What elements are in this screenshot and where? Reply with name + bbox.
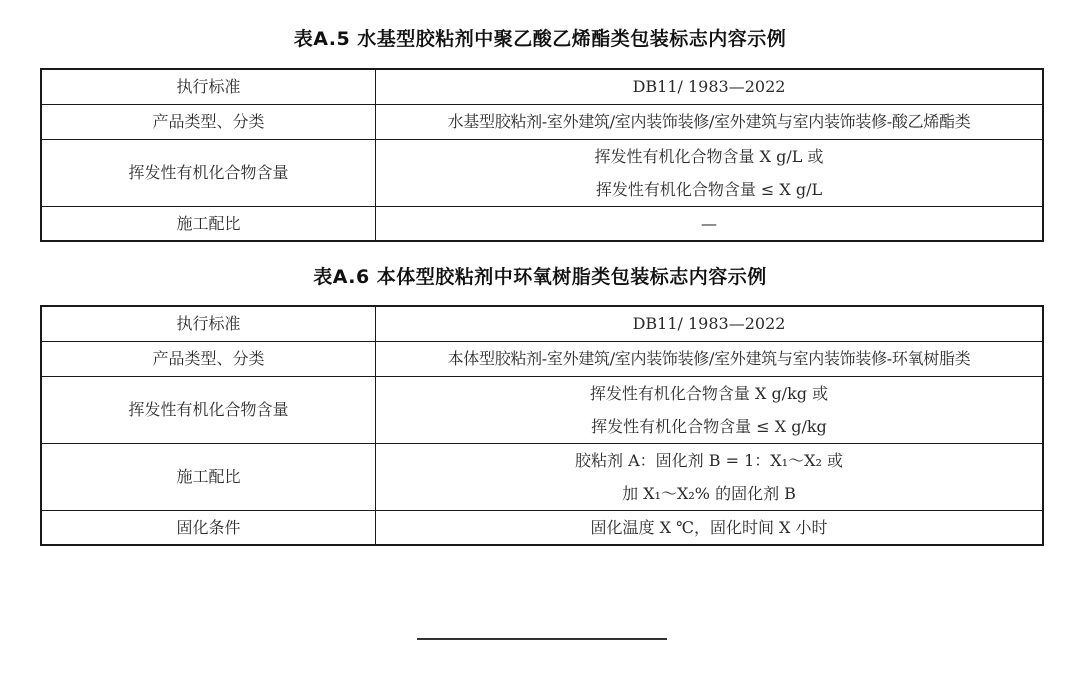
- row-label: 产品类型、分类: [41, 104, 376, 139]
- table-row: 执行标准 DB11/ 1983—2022: [41, 306, 1043, 341]
- value-line: 挥发性有机化合物含量 ≤ X g/L: [376, 173, 1042, 206]
- value-line: 挥发性有机化合物含量 X g/kg 或: [376, 377, 1042, 410]
- row-label: 固化条件: [41, 510, 376, 545]
- table-row: 挥发性有机化合物含量 挥发性有机化合物含量 X g/L 或 挥发性有机化合物含量…: [41, 139, 1043, 206]
- value-line: 胶粘剂 A：固化剂 B = 1：X₁～X₂ 或: [376, 444, 1042, 477]
- table-row: 执行标准 DB11/ 1983—2022: [41, 69, 1043, 104]
- row-label: 执行标准: [41, 69, 376, 104]
- row-value: 本体型胶粘剂-室外建筑/室内装饰装修/室外建筑与室内装饰装修-环氧树脂类: [376, 341, 1044, 376]
- row-value: 胶粘剂 A：固化剂 B = 1：X₁～X₂ 或 加 X₁～X₂% 的固化剂 B: [376, 443, 1044, 510]
- table-row: 产品类型、分类 水基型胶粘剂-室外建筑/室内装饰装修/室外建筑与室内装饰装修-酸…: [41, 104, 1043, 139]
- row-value: DB11/ 1983—2022: [376, 306, 1044, 341]
- row-label: 挥发性有机化合物含量: [41, 376, 376, 443]
- value-line: 挥发性有机化合物含量 X g/L 或: [376, 140, 1042, 173]
- row-label: 施工配比: [41, 206, 376, 241]
- row-value: 挥发性有机化合物含量 X g/kg 或 挥发性有机化合物含量 ≤ X g/kg: [376, 376, 1044, 443]
- table-row: 施工配比 胶粘剂 A：固化剂 B = 1：X₁～X₂ 或 加 X₁～X₂% 的固…: [41, 443, 1043, 510]
- table-row: 挥发性有机化合物含量 挥发性有机化合物含量 X g/kg 或 挥发性有机化合物含…: [41, 376, 1043, 443]
- table-row: 固化条件 固化温度 X ℃，固化时间 X 小时: [41, 510, 1043, 545]
- row-label: 产品类型、分类: [41, 341, 376, 376]
- table-a5: 执行标准 DB11/ 1983—2022 产品类型、分类 水基型胶粘剂-室外建筑…: [40, 68, 1044, 242]
- end-of-section-rule: [417, 638, 667, 640]
- row-label: 执行标准: [41, 306, 376, 341]
- table-a5-caption: 表A.5 水基型胶粘剂中聚乙酸乙烯酯类包装标志内容示例: [0, 24, 1080, 51]
- row-label: 挥发性有机化合物含量: [41, 139, 376, 206]
- row-value: 固化温度 X ℃，固化时间 X 小时: [376, 510, 1044, 545]
- table-a6: 执行标准 DB11/ 1983—2022 产品类型、分类 本体型胶粘剂-室外建筑…: [40, 305, 1044, 546]
- value-line: 加 X₁～X₂% 的固化剂 B: [376, 477, 1042, 510]
- row-value: DB11/ 1983—2022: [376, 69, 1044, 104]
- table-row: 施工配比 —: [41, 206, 1043, 241]
- row-value: —: [376, 206, 1044, 241]
- value-line: 挥发性有机化合物含量 ≤ X g/kg: [376, 410, 1042, 443]
- row-value: 挥发性有机化合物含量 X g/L 或 挥发性有机化合物含量 ≤ X g/L: [376, 139, 1044, 206]
- table-a6-caption: 表A.6 本体型胶粘剂中环氧树脂类包装标志内容示例: [0, 262, 1080, 289]
- row-label: 施工配比: [41, 443, 376, 510]
- row-value: 水基型胶粘剂-室外建筑/室内装饰装修/室外建筑与室内装饰装修-酸乙烯酯类: [376, 104, 1044, 139]
- table-row: 产品类型、分类 本体型胶粘剂-室外建筑/室内装饰装修/室外建筑与室内装饰装修-环…: [41, 341, 1043, 376]
